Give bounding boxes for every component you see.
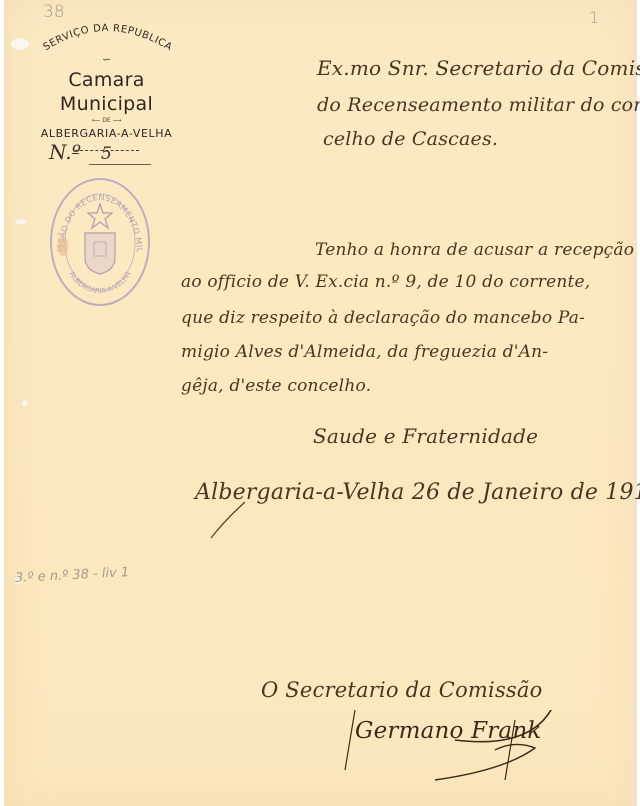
body-line-1: Tenho a honra de acusar a recepção (315, 240, 634, 260)
body-line-3: que diz respeito à declaração do mancebo… (181, 308, 585, 328)
page-edge (631, 0, 637, 806)
letter-page: 38 1 3.º e n.º 38 - liv 1 SERVIÇO DA REP… (4, 0, 637, 806)
document-number: N.º 5 (49, 140, 151, 165)
signature-flourish (335, 710, 565, 790)
paper-hole (15, 219, 27, 224)
letterhead: SERVIÇO DA REPUBLICA ∽ Camara Municipal … (19, 14, 194, 151)
salutation: Saude e Fraternidade (313, 424, 538, 448)
letterhead-title: Camara Municipal (19, 68, 194, 116)
addressee-line-3: celho de Cascaes. (323, 128, 498, 150)
body-line-4: migio Alves d'Almeida, da freguezia d'An… (181, 342, 548, 362)
svg-text:SERVIÇO DA REPUBLICA: SERVIÇO DA REPUBLICA (42, 23, 175, 53)
body-line-2: ao officio de V. Ex.cia n.º 9, de 10 do … (181, 272, 590, 292)
number-label: N.º (49, 140, 81, 164)
archive-margin-note: 3.º e n.º 38 - liv 1 (15, 565, 130, 586)
ink-flourish (205, 500, 265, 540)
letterhead-flourish: ∽ (19, 54, 194, 66)
archive-page-number: 1 (589, 8, 599, 27)
letterhead-connector: ⟵ DE ⟶ (19, 116, 194, 126)
recenseamento-stamp: COMISSÃO DO RECENSEAMENTO MILITAR ALBERG… (49, 176, 151, 308)
addressee-line-2: do Recenseamento militar do con- (317, 94, 640, 116)
number-value: 5 (89, 144, 151, 165)
paper-hole (22, 400, 28, 406)
body-line-5: gêja, d'este concelho. (181, 376, 371, 396)
addressee-line-1: Ex.mo Snr. Secretario da Comissão (317, 56, 640, 80)
signature-title: O Secretario da Comissão (261, 678, 542, 702)
letterhead-arc-text: SERVIÇO DA REPUBLICA (19, 14, 194, 54)
star-icon (88, 204, 112, 228)
shield-icon (85, 233, 115, 274)
